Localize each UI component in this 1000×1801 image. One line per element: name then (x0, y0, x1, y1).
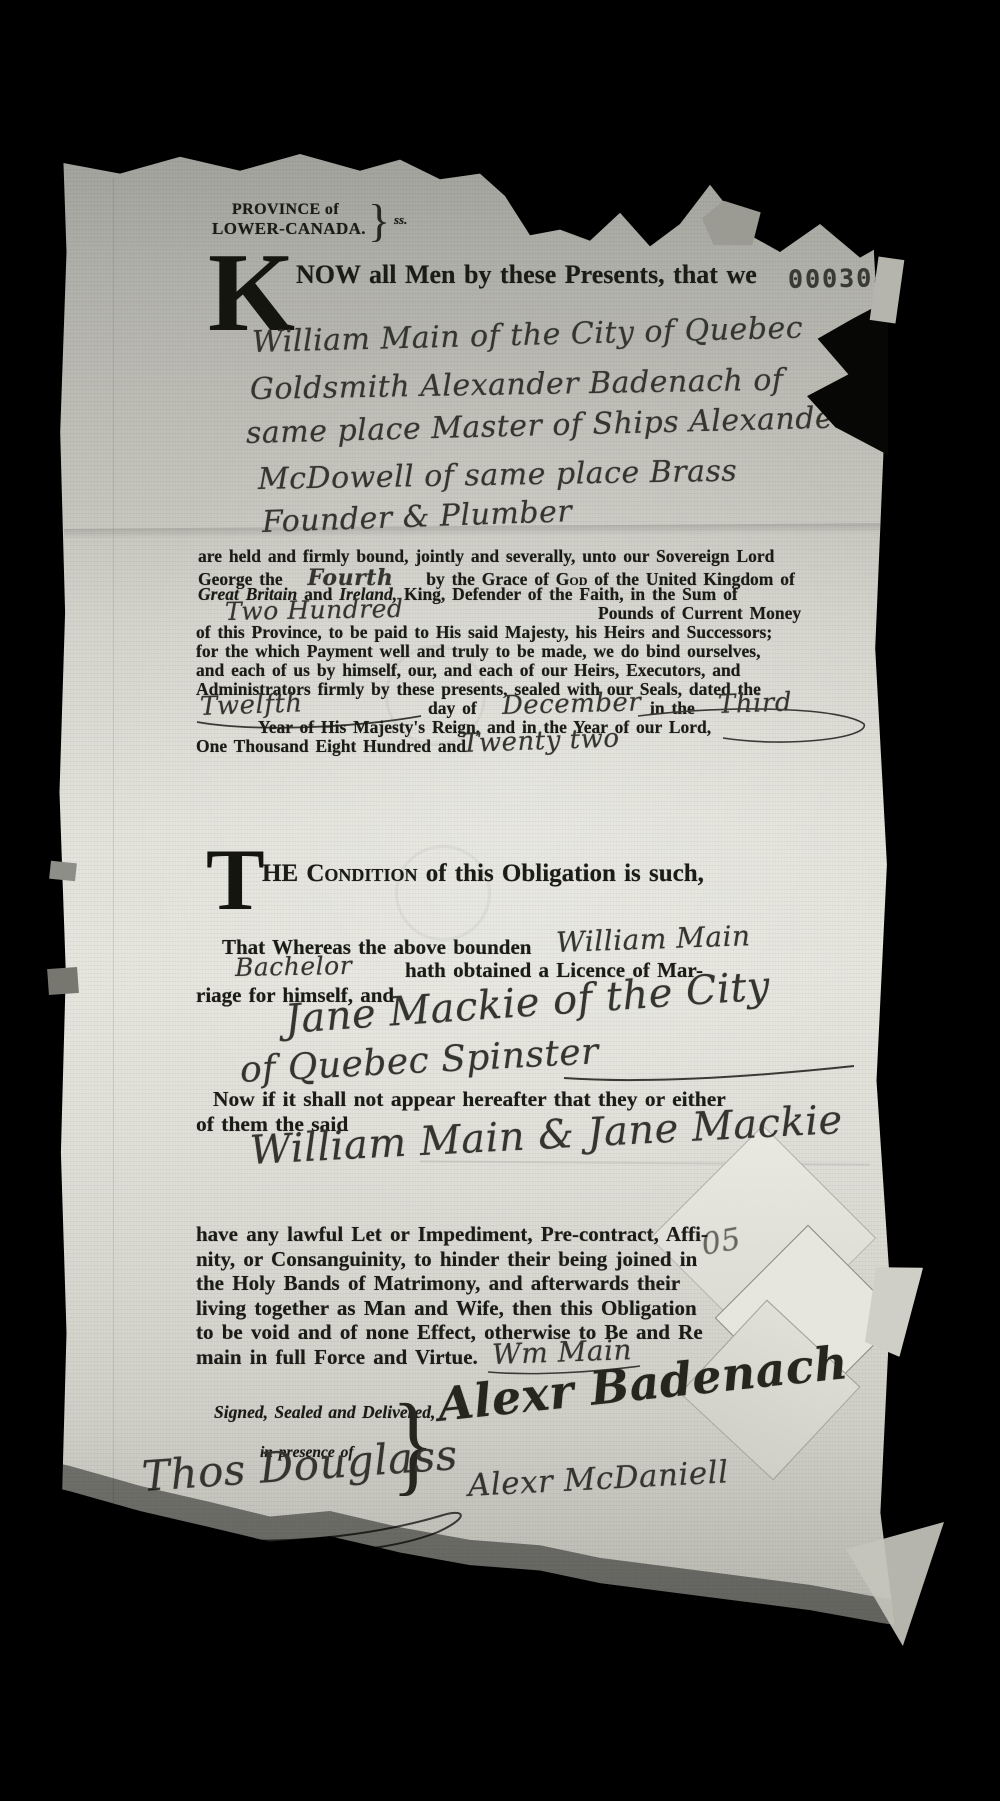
section-brace-top: } (368, 194, 390, 247)
microfilm-photo: 05 PROVINCE of LOWER-CANADA. } ss. 00030… (0, 0, 1000, 1801)
edge-blotch-1 (49, 861, 77, 882)
impediment-line-3: the Holy Bands of Matrimony, and afterwa… (196, 1271, 680, 1296)
bond-line-4-print: Pounds of Current Money (598, 603, 801, 624)
bond-line-5: of this Province, to be paid to His said… (196, 622, 772, 643)
groom-name-script: William Main (555, 919, 751, 959)
condition-heading: HE Condition of this Obligation is such, (262, 860, 704, 888)
bachelor-script: Bachelor (235, 951, 353, 982)
bond-line-7: and each of us by himself, our, and each… (196, 660, 740, 681)
margin-rule-vertical (113, 178, 114, 1538)
province-label-line1: PROVINCE of (232, 201, 339, 219)
year-script: Twenty two (461, 724, 620, 759)
condition-heading-rest: of this Obligation is such, (417, 860, 703, 887)
spinster-flourish (560, 1062, 860, 1086)
impediment-line-6: main in full Force and Virtue. (196, 1345, 478, 1370)
ss-label: ss. (394, 212, 407, 228)
bond-line-11: One Thousand Eight Hundred and (196, 736, 466, 757)
bond-line-9-dayof: day of (428, 698, 477, 719)
bond-line-1: are held and firmly bound, jointly and s… (198, 546, 774, 567)
bond-line-3-print2: King, Defender of the Faith, in the Sum … (404, 584, 738, 604)
know-heading: NOW all Men by these Presents, that we (296, 260, 757, 290)
month-script: December (502, 687, 642, 721)
condition-dropcap: T (206, 846, 265, 916)
condition-heading-he: HE (262, 860, 306, 887)
bond-line-6: for the which Payment well and truly to … (196, 641, 760, 662)
impediment-line-1: have any lawful Let or Impediment, Pre-c… (196, 1222, 708, 1247)
impediment-line-4: living together as Man and Wife, then th… (196, 1296, 697, 1321)
edge-blotch-2 (47, 967, 79, 995)
impediment-line-2: nity, or Consanguinity, to hinder their … (196, 1247, 697, 1272)
condition-heading-word: Condition (306, 860, 417, 887)
